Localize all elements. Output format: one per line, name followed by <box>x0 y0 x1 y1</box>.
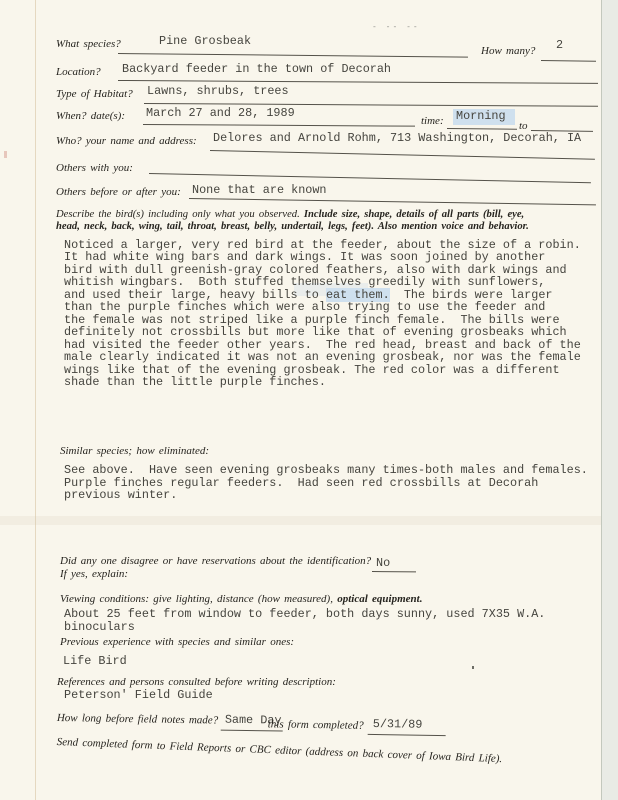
others-with-label: Others with you: <box>56 162 133 175</box>
describe-label-normal: Describe the bird(s) including only what… <box>56 209 304 220</box>
form-completed-underline <box>368 734 446 736</box>
others-before-underline <box>189 198 596 205</box>
similar-species-value: See above. Have seen evening grosbeaks m… <box>64 464 612 502</box>
who-underline <box>210 150 595 160</box>
species-underline <box>118 53 468 58</box>
disagree-underline <box>372 571 416 572</box>
how-long-label: How long before field notes made? <box>57 712 219 727</box>
references-value: Peterson' Field Guide <box>64 689 213 701</box>
when-underline <box>143 124 415 127</box>
if-yes-label: If yes, explain: <box>60 568 128 581</box>
form-completed-value: 5/31/89 <box>373 718 423 731</box>
references-label: References and persons consulted before … <box>57 676 336 689</box>
previous-experience-label: Previous experience with species and sim… <box>60 636 294 649</box>
habitat-label: Type of Habitat? <box>56 88 133 101</box>
when-label: When? date(s): <box>56 110 125 123</box>
disagree-value: No <box>376 557 390 569</box>
viewing-label-bold: optical equipment. <box>337 593 422 605</box>
paper-fold-line <box>35 0 36 800</box>
time-underline <box>447 128 517 130</box>
viewing-label-normal: Viewing conditions: give lighting, dista… <box>60 593 337 605</box>
description-part2: The birds were larger than the purple fi… <box>64 288 581 389</box>
scanned-bird-report-form: - -- -- What species? Pine Grosbeak How … <box>0 0 618 800</box>
species-label: What species? <box>56 38 121 51</box>
time-label: time: <box>421 115 444 128</box>
how-many-underline <box>541 60 596 62</box>
scan-speck <box>4 151 7 158</box>
location-label: Location? <box>56 66 101 79</box>
how-many-label: How many? <box>481 45 535 58</box>
others-before-value: None that are known <box>192 184 327 196</box>
habitat-value: Lawns, shrubs, trees <box>147 85 289 97</box>
viewing-label: Viewing conditions: give lighting, dista… <box>60 593 612 606</box>
disagree-label: Did any one disagree or have reservation… <box>60 555 371 568</box>
describe-label: Describe the bird(s) including only what… <box>56 209 612 234</box>
scan-background-strip <box>602 0 618 800</box>
how-many-value: 2 <box>556 39 563 51</box>
scan-speck <box>472 666 474 669</box>
others-before-label: Others before or after you: <box>56 186 181 199</box>
others-with-underline <box>149 173 591 183</box>
who-label: Who? your name and address: <box>56 135 197 148</box>
time-value: Morning <box>453 109 515 125</box>
who-value: Delores and Arnold Rohm, 713 Washington,… <box>213 132 581 144</box>
viewing-value: About 25 feet from window to feeder, bot… <box>64 608 612 634</box>
form-completed-label: this form completed? <box>268 718 364 732</box>
previous-experience-value: Life Bird <box>63 655 127 667</box>
pencil-marks: - -- -- <box>372 22 420 31</box>
description-text: Noticed a larger, very red bird at the f… <box>64 239 612 388</box>
paper-crease <box>0 516 601 525</box>
similar-species-label: Similar species; how eliminated: <box>60 445 209 458</box>
location-value: Backyard feeder in the town of Decorah <box>122 63 391 75</box>
species-value: Pine Grosbeak <box>159 35 251 47</box>
when-value: March 27 and 28, 1989 <box>146 107 295 119</box>
